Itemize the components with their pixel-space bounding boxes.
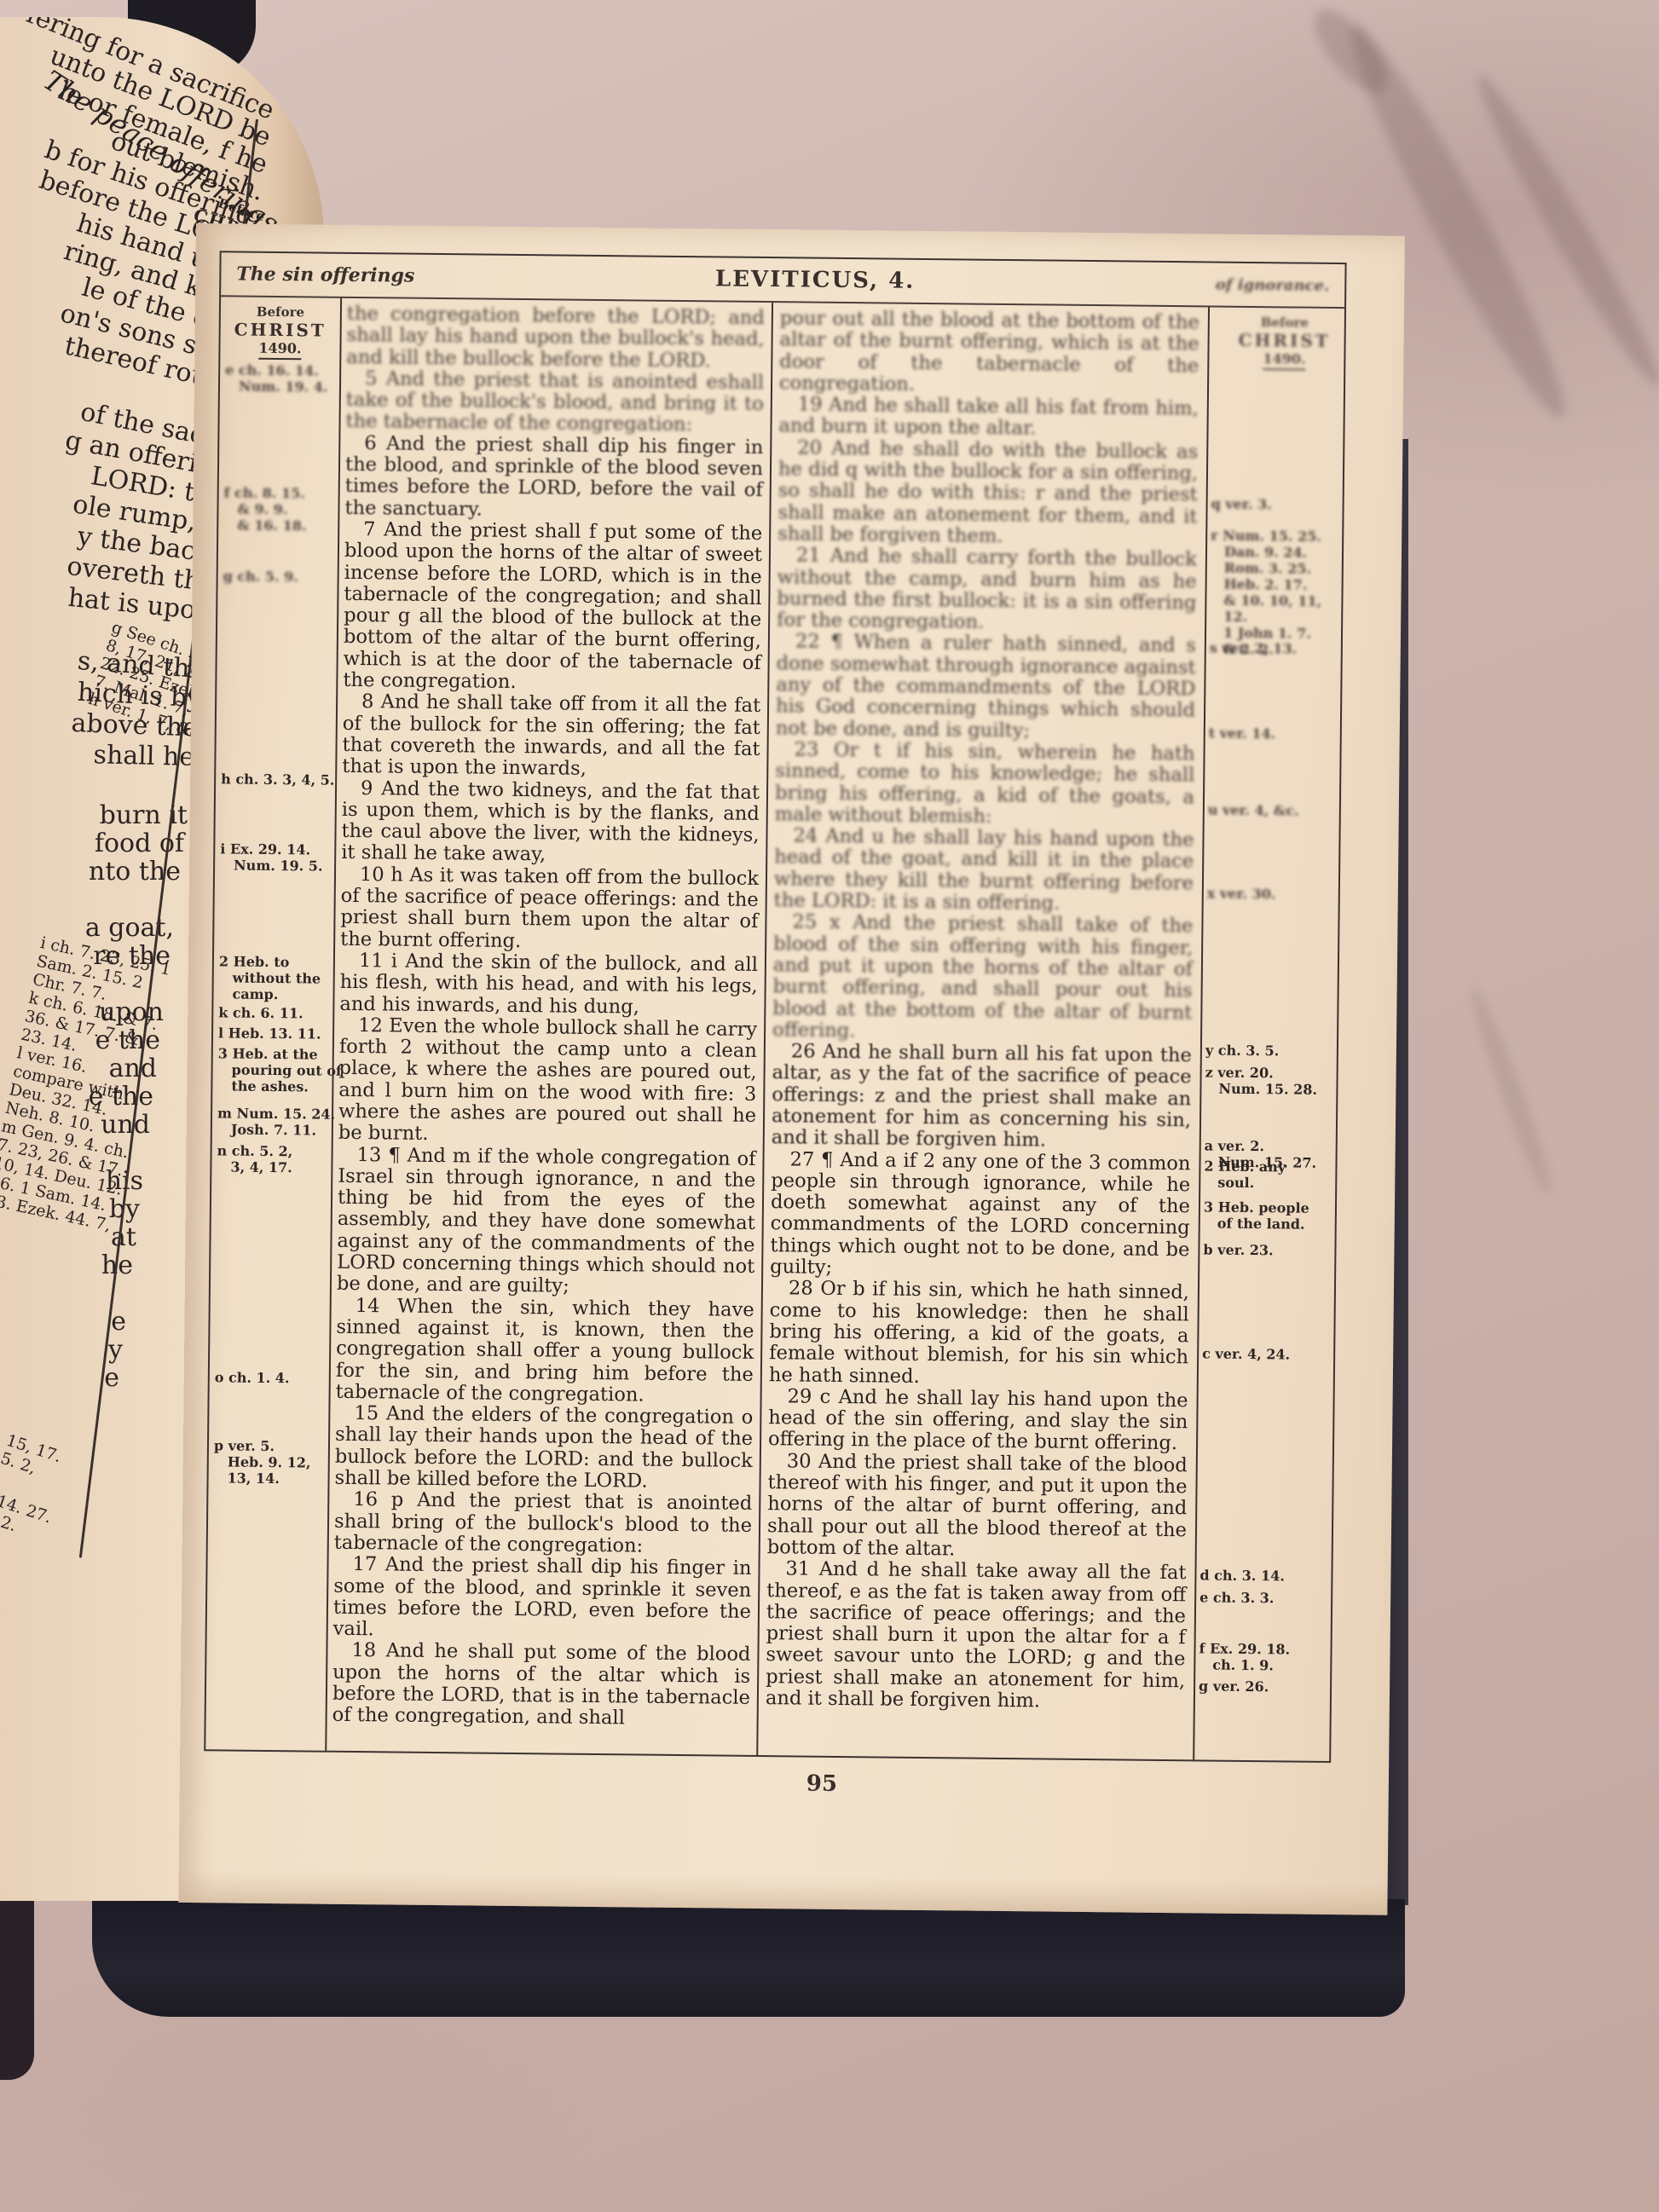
running-head: The sin offerings LEVITICUS, 4. of ignor… — [221, 252, 1344, 309]
margin-reference: 2 Heb. towithout thecamp. — [218, 953, 321, 1002]
margin-reference: x ver. 30. — [1207, 885, 1276, 902]
book-cover-left — [0, 1875, 34, 2080]
marble-vein — [1463, 984, 1558, 1199]
verse: 31 And d he shall take away all the fat … — [766, 1558, 1187, 1713]
book-cover-bottom — [92, 1899, 1405, 2017]
margin-reference: r Num. 15. 25.Dan. 9. 24.Rom. 3. 25.Heb.… — [1210, 527, 1322, 657]
verse: 27 ¶ And a if 2 any one of the 3 common … — [770, 1149, 1191, 1283]
page-frame: The sin offerings LEVITICUS, 4. of ignor… — [204, 251, 1346, 1763]
margin-reference: 3 Heb. peopleof the land. — [1204, 1198, 1309, 1232]
margin-reference: d ch. 3. 14. — [1199, 1567, 1285, 1584]
verse: 29 c And he shall lay his hand upon the … — [768, 1386, 1188, 1455]
verse: 23 Or t if his sin, wherein he hath sinn… — [775, 739, 1195, 829]
marble-vein — [1302, 0, 1400, 104]
text-column-left: the congregation before the LORD; and sh… — [332, 303, 765, 1731]
verse: 18 And he shall put some of the blood up… — [332, 1640, 751, 1730]
margin-reference: e ch. 3. 3. — [1199, 1589, 1274, 1606]
margin-reference: 3 Heb. at thepouring out ofthe ashes. — [217, 1045, 342, 1095]
verse: 16 p And the priest that is anointed sha… — [334, 1489, 753, 1558]
margin-reference: n ch. 5. 2,3, 4, 17. — [217, 1142, 292, 1175]
before-christ-right: Before CHRIST 1490. — [1224, 315, 1344, 371]
bible-page: The sin offerings LEVITICUS, 4. of ignor… — [178, 223, 1405, 1915]
margin-reference: f Ex. 29. 18.ch. 1. 9. — [1199, 1640, 1290, 1673]
verse: 19 And he shall take all his fat from hi… — [778, 394, 1199, 442]
running-head-right: of ignorance. — [1216, 275, 1330, 294]
verse: 12 Even the whole bullock shall he carry… — [338, 1015, 758, 1149]
verse: 11 i And the skin of the bullock, and al… — [339, 950, 758, 1019]
margin-reference: p ver. 5.Heb. 9. 12,13, 14. — [213, 1437, 310, 1487]
margin-reference: c ver. 4, 24. — [1202, 1345, 1290, 1362]
verse: 21 And he shall carry forth the bullock … — [777, 545, 1197, 635]
left-margin-ref: . 15, 17. 15. 2, — [0, 1428, 81, 1490]
margin-reference: q ver. 3. — [1211, 495, 1272, 512]
margin-reference: u ver. 4, &c. — [1208, 801, 1299, 818]
text-column-right: pour out all the blood at the bottom of … — [766, 308, 1199, 1713]
verse: 14 When the sin, which they have sinned … — [336, 1295, 754, 1407]
margin-reference: y ch. 3. 5. — [1205, 1042, 1280, 1059]
page-number: 95 — [806, 1771, 837, 1797]
margin-reference: b ver. 23. — [1203, 1241, 1273, 1258]
margin-reference: f ch. 8. 15.& 9. 9.& 16. 18. — [223, 484, 307, 534]
verse: 10 h As it was taken off from the bulloc… — [340, 864, 759, 955]
verse: the congregation before the LORD; and sh… — [346, 303, 765, 373]
margin-reference: k ch. 6. 11. — [218, 1004, 303, 1021]
verse: 13 ¶ And m if the whole congregation of … — [337, 1144, 756, 1299]
marble-vein — [1465, 66, 1659, 394]
verse: 9 And the two kidneys, and the fat that … — [341, 777, 760, 868]
verse: 28 Or b if his sin, which he hath sinned… — [769, 1278, 1189, 1390]
running-head-book-chapter: LEVITICUS, 4. — [715, 266, 916, 293]
verse: 17 And the priest shall dip his finger i… — [333, 1554, 752, 1644]
verse: 26 And he shall burn all his fat upon th… — [772, 1041, 1192, 1153]
margin-reference: m Num. 15. 24.Josh. 7. 11. — [217, 1105, 335, 1138]
verse: 25 x And the priest shall take of the bl… — [772, 911, 1194, 1045]
margin-reference: o ch. 1. 4. — [215, 1369, 290, 1386]
margin-reference: s ver. 2, 13. — [1210, 639, 1297, 656]
verse: 22 ¶ When a ruler hath sinned, and s don… — [776, 632, 1196, 744]
verse: 5 And the priest that is anointed eshall… — [345, 368, 764, 437]
before-christ-left: Before CHRIST 1490. — [220, 303, 340, 360]
verse: 8 And he shall take off from it all the … — [342, 691, 760, 782]
margin-reference: h ch. 3. 3, 4, 5. — [221, 771, 334, 788]
verse: 30 And the priest shall take of the bloo… — [767, 1451, 1188, 1563]
verse: 24 And u he shall lay his hand upon the … — [774, 825, 1194, 915]
verse: 20 And he shall do with the bullock as h… — [777, 437, 1198, 550]
verse: 15 And the elders of the congregation o … — [334, 1403, 753, 1493]
margin-reference: i Ex. 29. 14.Num. 19. 5. — [220, 840, 323, 874]
margin-reference: 2 Heb. anysoul. — [1204, 1158, 1286, 1191]
verse: 6 And the priest shall dip his finger in… — [344, 433, 763, 523]
margin-reference: t ver. 14. — [1209, 725, 1276, 742]
verse: pour out all the blood at the bottom of … — [779, 308, 1199, 398]
margin-reference: l Heb. 13. 11. — [218, 1025, 321, 1042]
margin-reference: z ver. 20.Num. 15. 28. — [1205, 1064, 1317, 1097]
margin-reference: g ch. 5. 9. — [223, 568, 298, 585]
running-head-left: The sin offerings — [236, 263, 414, 287]
margin-reference: g ver. 26. — [1199, 1678, 1269, 1695]
left-margin-ref: 14. 27. 12. — [0, 1492, 81, 1554]
margin-reference: e ch. 16. 14.Num. 19. 4. — [225, 361, 328, 395]
verse: 7 And the priest shall f put some of the… — [343, 519, 762, 696]
